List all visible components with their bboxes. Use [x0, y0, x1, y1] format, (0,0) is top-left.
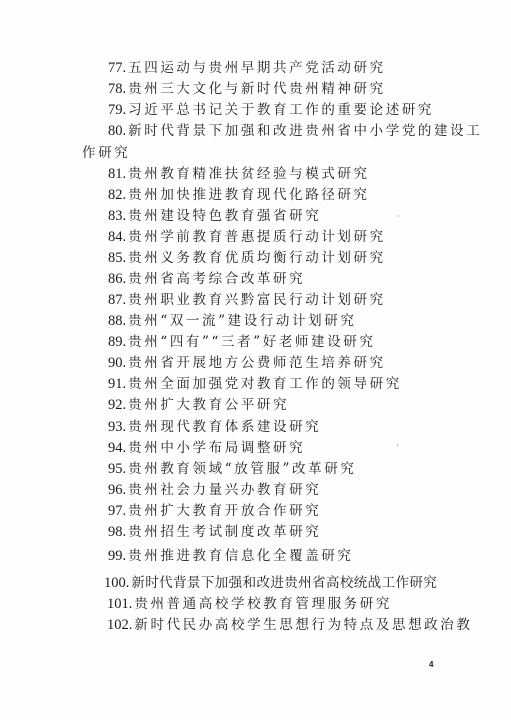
list-item-85: 85.贵州义务教育优质均衡行动计划研究	[108, 250, 386, 266]
item-text: 贵州加快推进教育现代化路径研究	[128, 187, 370, 203]
item-number: 88.	[108, 313, 126, 329]
item-text: 贵州中小学布局调整研究	[128, 440, 305, 456]
item-number: 80.	[108, 123, 126, 139]
list-item-84: 84.贵州学前教育普惠提质行动计划研究	[108, 229, 386, 245]
list-item-82: 82.贵州加快推进教育现代化路径研究	[108, 187, 370, 203]
item-text: 贵州建设特色教育强省研究	[128, 208, 321, 224]
item-number: 86.	[108, 271, 126, 287]
item-text: 贵州义务教育优质均衡行动计划研究	[128, 250, 386, 266]
item-number: 89.	[108, 334, 126, 350]
list-item-92: 92.贵州扩大教育公平研究	[108, 397, 289, 413]
item-text-continuation: 作研究	[82, 145, 130, 161]
item-text: 贵州教育精准扶贫经验与模式研究	[128, 166, 370, 182]
item-number: 91.	[108, 376, 126, 392]
list-item-98: 98.贵州招生考试制度改革研究	[108, 524, 321, 540]
list-item-97: 97.贵州扩大教育开放合作研究	[108, 503, 321, 519]
list-item-81: 81.贵州教育精准扶贫经验与模式研究	[108, 166, 370, 182]
item-text: 贵州扩大教育开放合作研究	[128, 503, 321, 519]
list-item-95: 95.贵州教育领域“放管服”改革研究	[108, 461, 356, 477]
list-item-101: 101.贵州普通高校学校教育管理服务研究	[107, 596, 392, 612]
item-text: 贵州扩大教育公平研究	[128, 397, 289, 413]
list-item-91: 91.贵州全面加强党对教育工作的领导研究	[108, 376, 402, 392]
item-number: 93.	[108, 419, 126, 435]
list-item-94: 94.贵州中小学布局调整研究	[108, 440, 305, 456]
list-item-89: 89.贵州“四有”“三者”好老师建设研究	[108, 334, 375, 350]
document-page: 77.五四运动与贵州早期共产党活动研究 78.贵州三大文化与新时代贵州精神研究 …	[0, 0, 511, 720]
item-number: 81.	[108, 166, 126, 182]
list-item-93: 93.贵州现代教育体系建设研究	[108, 419, 321, 435]
item-text: 习近平总书记关于教育工作的重要论述研究	[128, 102, 434, 118]
list-item-102: 102.新时代民办高校学生思想行为特点及思想政治教	[107, 617, 472, 633]
item-text: 贵州三大文化与新时代贵州精神研究	[128, 81, 386, 97]
item-text: 新时代背景下加强和改进贵州省高校统战工作研究	[131, 575, 437, 591]
item-text: 贵州“双一流”建设行动计划研究	[128, 313, 356, 329]
item-number: 97.	[108, 503, 126, 519]
item-number: 90.	[108, 355, 126, 371]
list-item-80-continuation: 作研究	[82, 145, 130, 161]
item-number: 95.	[108, 461, 126, 477]
item-text: 贵州职业教育兴黔富民行动计划研究	[128, 292, 386, 308]
item-text: 贵州学前教育普惠提质行动计划研究	[128, 229, 386, 245]
item-number: 100.	[104, 575, 129, 591]
scan-speck	[397, 444, 398, 446]
item-number: 101.	[107, 596, 132, 612]
item-text: 贵州普通高校学校教育管理服务研究	[134, 596, 392, 612]
item-number: 77.	[108, 60, 126, 76]
list-item-100: 100.新时代背景下加强和改进贵州省高校统战工作研究	[104, 575, 437, 591]
list-item-80: 80.新时代背景下加强和改进贵州省中小学党的建设工	[108, 123, 482, 139]
item-text: 贵州省高考综合改革研究	[128, 271, 305, 287]
list-item-99: 99.贵州推进教育信息化全覆盖研究	[108, 548, 354, 564]
item-text: 新时代民办高校学生思想行为特点及思想政治教	[134, 617, 472, 633]
item-number: 96.	[108, 482, 126, 498]
list-item-87: 87.贵州职业教育兴黔富民行动计划研究	[108, 292, 386, 308]
item-number: 83.	[108, 208, 126, 224]
list-item-78: 78.贵州三大文化与新时代贵州精神研究	[108, 81, 386, 97]
item-text: 贵州社会力量兴办教育研究	[128, 482, 321, 498]
list-item-96: 96.贵州社会力量兴办教育研究	[108, 482, 321, 498]
list-item-77: 77.五四运动与贵州早期共产党活动研究	[108, 60, 386, 76]
item-number: 94.	[108, 440, 126, 456]
item-text: 贵州全面加强党对教育工作的领导研究	[128, 376, 402, 392]
item-number: 102.	[107, 617, 132, 633]
item-text: 贵州“四有”“三者”好老师建设研究	[128, 334, 375, 350]
item-number: 85.	[108, 250, 126, 266]
item-text: 贵州推进教育信息化全覆盖研究	[128, 548, 353, 564]
list-item-88: 88.贵州“双一流”建设行动计划研究	[108, 313, 356, 329]
item-number: 98.	[108, 524, 126, 540]
item-text: 五四运动与贵州早期共产党活动研究	[128, 60, 386, 76]
scan-speck	[398, 215, 399, 217]
item-number: 78.	[108, 81, 126, 97]
item-number: 87.	[108, 292, 126, 308]
item-text: 贵州现代教育体系建设研究	[128, 419, 321, 435]
item-text: 贵州省开展地方公费师范生培养研究	[128, 355, 386, 371]
page-number: 4	[429, 660, 433, 669]
item-text: 贵州教育领域“放管服”改革研究	[128, 461, 356, 477]
list-item-86: 86.贵州省高考综合改革研究	[108, 271, 305, 287]
item-number: 92.	[108, 397, 126, 413]
item-text: 贵州招生考试制度改革研究	[128, 524, 321, 540]
item-number: 79.	[108, 102, 126, 118]
list-item-83: 83.贵州建设特色教育强省研究	[108, 208, 321, 224]
list-item-79: 79.习近平总书记关于教育工作的重要论述研究	[108, 102, 434, 118]
item-text: 新时代背景下加强和改进贵州省中小学党的建设工	[128, 123, 482, 139]
item-number: 84.	[108, 229, 126, 245]
list-item-90: 90.贵州省开展地方公费师范生培养研究	[108, 355, 386, 371]
item-number: 82.	[108, 187, 126, 203]
item-number: 99.	[108, 548, 126, 564]
